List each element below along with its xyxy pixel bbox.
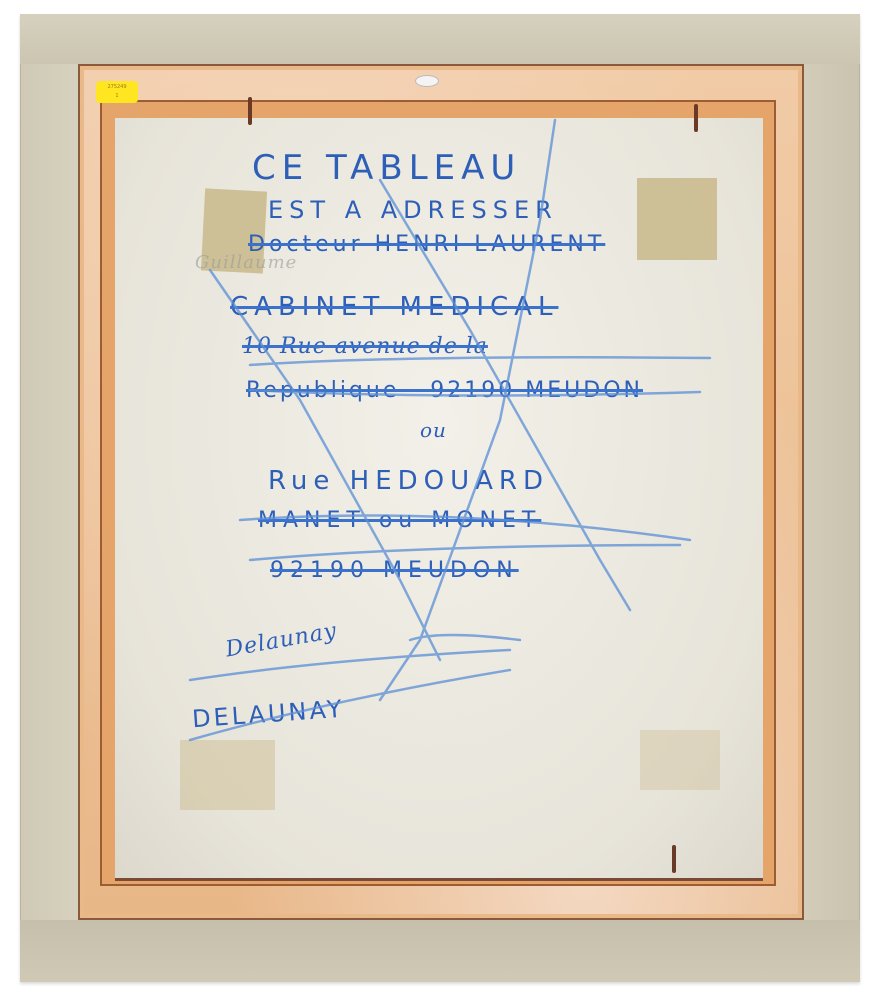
crayon-scribbles bbox=[0, 0, 869, 1000]
